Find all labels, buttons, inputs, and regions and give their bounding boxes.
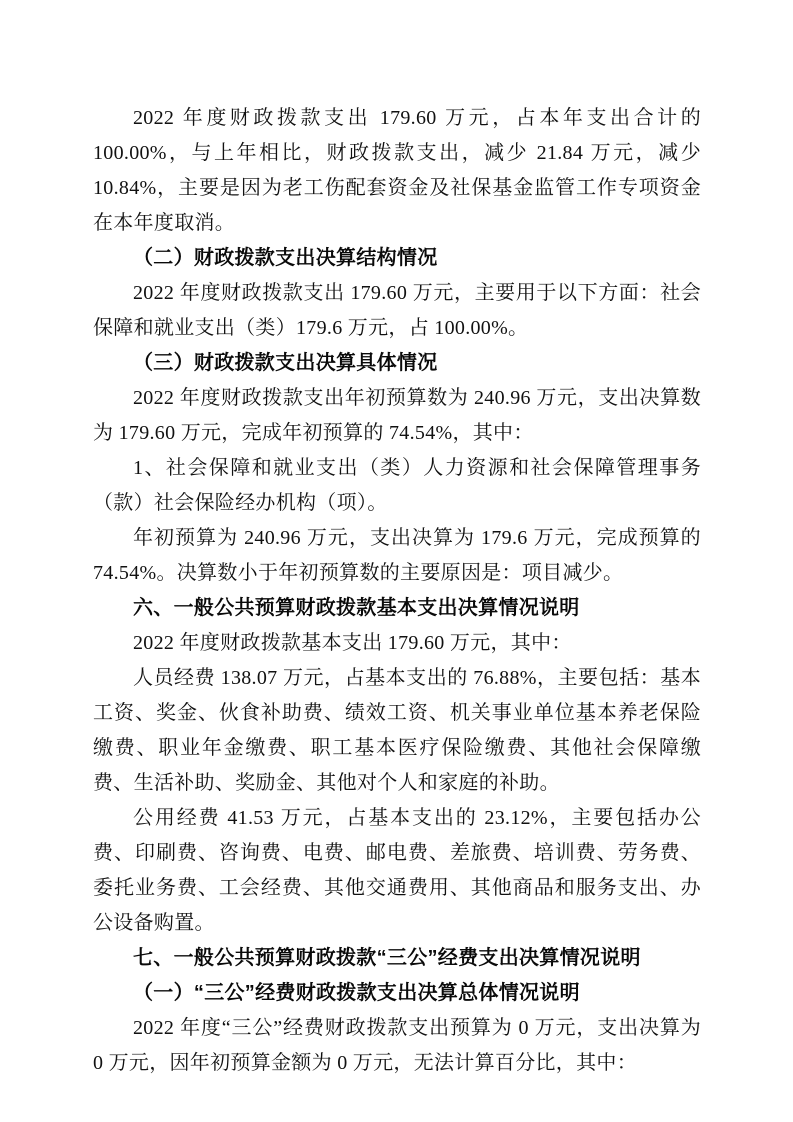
body-paragraph: 人员经费 138.07 万元，占基本支出的 76.88%，主要包括：基本工资、奖… [93, 661, 701, 801]
body-paragraph: 1、社会保障和就业支出（类）人力资源和社会保障管理事务（款）社会保险经办机构（项… [93, 451, 701, 521]
document-body: 2022 年度财政拨款支出 179.60 万元，占本年支出合计的 100.00%… [93, 101, 701, 1081]
body-paragraph: 2022 年度财政拨款支出年初预算数为 240.96 万元，支出决算数为 179… [93, 381, 701, 451]
section-heading: （二）财政拨款支出决算结构情况 [93, 241, 701, 276]
section-heading: （一）“三公”经费财政拨款支出决算总体情况说明 [93, 976, 701, 1011]
body-paragraph: 2022 年度财政拨款支出 179.60 万元，占本年支出合计的 100.00%… [93, 101, 701, 241]
section-heading: 六、一般公共预算财政拨款基本支出决算情况说明 [93, 591, 701, 626]
section-heading: 七、一般公共预算财政拨款“三公”经费支出决算情况说明 [93, 941, 701, 976]
body-paragraph: 2022 年度财政拨款基本支出 179.60 万元，其中： [93, 626, 701, 661]
body-paragraph: 公用经费 41.53 万元，占基本支出的 23.12%，主要包括办公费、印刷费、… [93, 801, 701, 941]
document-page: 2022 年度财政拨款支出 179.60 万元，占本年支出合计的 100.00%… [0, 0, 793, 1122]
body-paragraph: 2022 年度财政拨款支出 179.60 万元，主要用于以下方面：社会保障和就业… [93, 276, 701, 346]
section-heading: （三）财政拨款支出决算具体情况 [93, 346, 701, 381]
body-paragraph: 2022 年度“三公”经费财政拨款支出预算为 0 万元，支出决算为 0 万元，因… [93, 1011, 701, 1081]
body-paragraph: 年初预算为 240.96 万元，支出决算为 179.6 万元，完成预算的 74.… [93, 521, 701, 591]
